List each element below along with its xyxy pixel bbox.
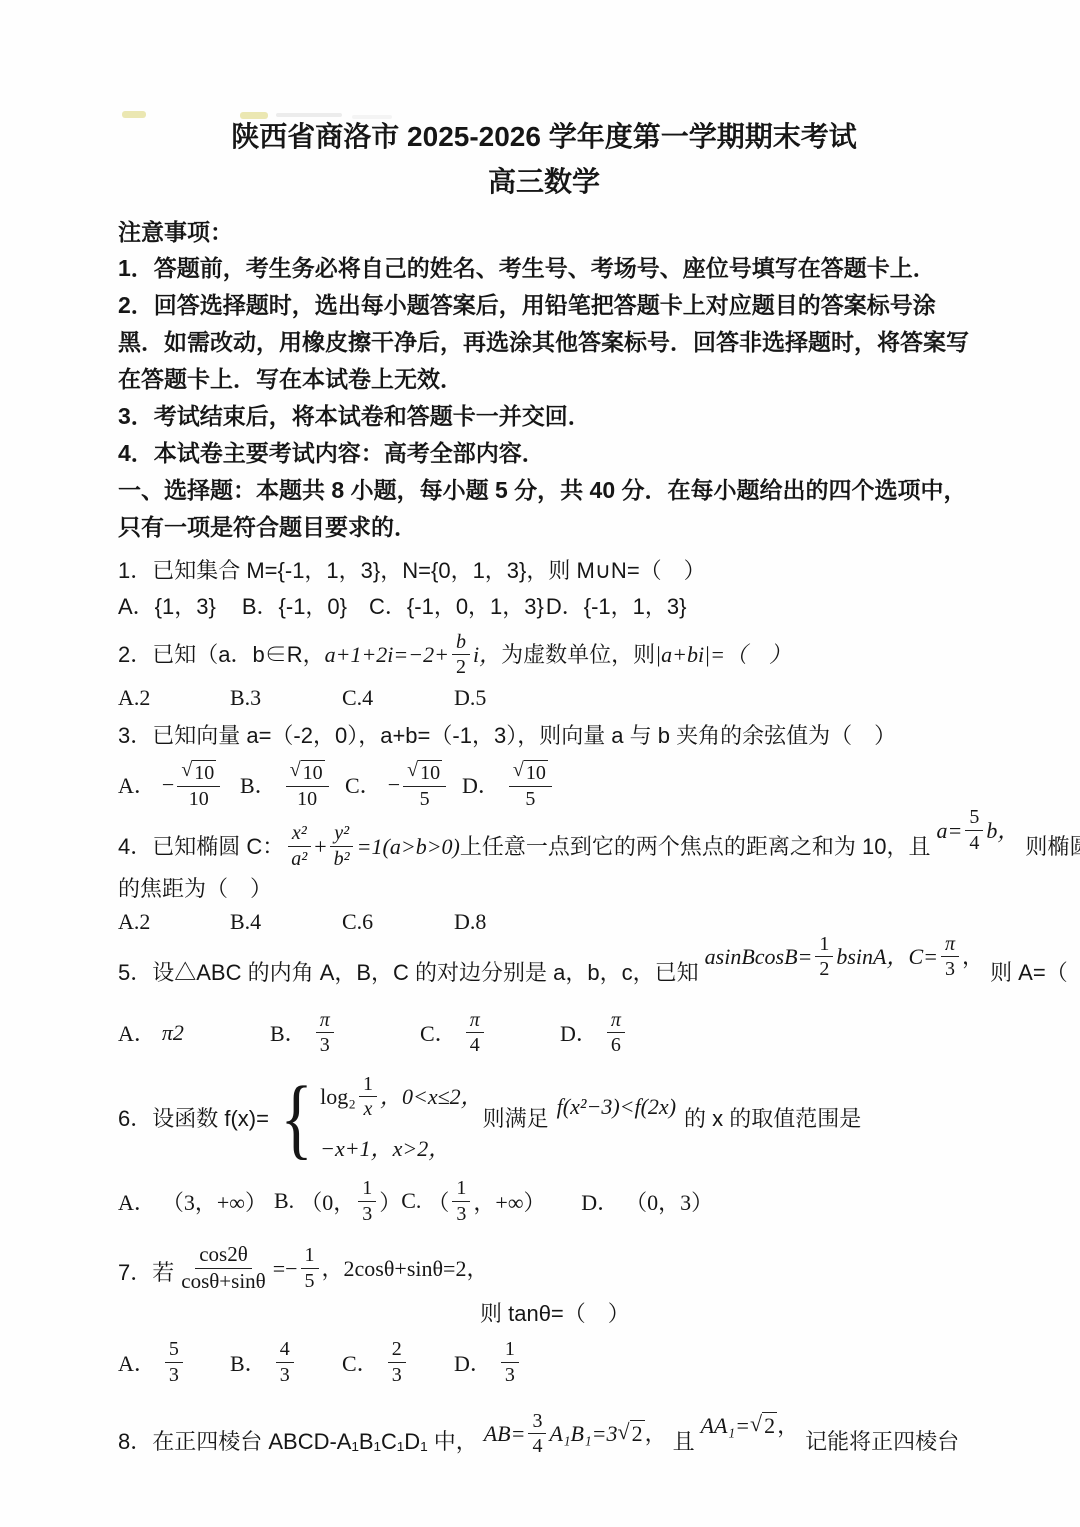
question-8-lateral-edge-formula: AA₁= √2 ， bbox=[701, 1409, 799, 1442]
question-6-text-tail: 的 x 的取值范围是 bbox=[684, 1102, 861, 1135]
question-3-options: A． − √10 10 B． √10 10 C． − √10 bbox=[118, 760, 970, 810]
question-4-option-d: D.8 bbox=[454, 909, 566, 935]
question-7-option-b: B． 43 bbox=[230, 1338, 342, 1386]
radical-icon: √ bbox=[407, 760, 418, 781]
question-4-text-tail: 则椭圆 C bbox=[1025, 830, 1080, 863]
scan-smudge-gray-1 bbox=[276, 113, 342, 117]
question-8-stem: 8．在正四棱台 ABCD-A₁B₁C₁D₁ 中， AB= 3 4 A₁B₁=3 … bbox=[118, 1410, 970, 1458]
fraction-pi-over-3: π 3 bbox=[941, 933, 959, 981]
question-1-option-b: B．{-1，0} bbox=[242, 590, 347, 621]
question-1-option-a: A．{1，3} bbox=[118, 590, 216, 621]
notice-item-2: 2．回答选择题时，选出每小题答案后，用铅笔把答题卡上对应题目的答案标号涂黑．如需… bbox=[118, 287, 970, 398]
piecewise-case-1: log₂ 1x ，0<x≤2， bbox=[320, 1073, 482, 1121]
question-5-text-tail: 则 A=（ ） bbox=[990, 956, 1080, 989]
question-3-option-d: D． √10 5 bbox=[462, 760, 555, 810]
question-3-option-c: C． − √10 5 bbox=[345, 760, 462, 810]
question-7-equation-2: ，2cosθ+sinθ=2， bbox=[322, 1252, 489, 1285]
fraction-y2-over-b2: y² b² bbox=[330, 822, 354, 870]
question-6-stem: 6．设函数 f(x)= { log₂ 1x ，0<x≤2， −x+1，x>2， … bbox=[118, 1073, 970, 1166]
question-7-equals: =− bbox=[273, 1252, 298, 1285]
scan-smudge-gray-2 bbox=[352, 115, 392, 119]
sqrt-fraction: √10 10 bbox=[177, 760, 220, 810]
fraction-1-over-3: 13 bbox=[452, 1177, 470, 1225]
question-8-text-tail: 记能将正四棱台 bbox=[805, 1425, 959, 1458]
fraction-5-over-4: 5 4 bbox=[965, 806, 983, 854]
radical-icon: √ bbox=[181, 760, 192, 781]
question-2-option-a: A.2 bbox=[118, 685, 230, 711]
question-1-option-c: C．{-1，0，1，3} bbox=[369, 590, 544, 621]
question-5-option-b: B． π3 bbox=[270, 1009, 420, 1057]
fraction-2-over-3: 23 bbox=[388, 1338, 406, 1386]
minus-sign: − bbox=[162, 772, 174, 798]
piecewise-cases: log₂ 1x ，0<x≤2， −x+1，x>2， bbox=[320, 1073, 482, 1166]
question-6-option-b: B. （0， 13 ） bbox=[274, 1177, 401, 1225]
fraction-cos2theta: cos2θ cosθ+sinθ bbox=[177, 1243, 269, 1293]
question-5-option-d: D． π6 bbox=[560, 1009, 628, 1057]
question-4-options: A.2 B.4 C.6 D.8 bbox=[118, 909, 970, 935]
notices-heading: 注意事项： bbox=[118, 214, 970, 250]
fraction-x2-over-a2: x² a² bbox=[287, 822, 311, 870]
notice-item-1: 1．答题前，考生务必将自己的姓名、考生号、考场号、座位号填写在答题卡上． bbox=[118, 250, 970, 287]
question-1-option-d: D．{-1，1，3} bbox=[546, 590, 687, 621]
sqrt-2: √2 bbox=[750, 1412, 777, 1439]
question-3-stem: 3．已知向量 a=（-2，0），a+b=（-1，3），则向量 a 与 b 夹角的… bbox=[118, 719, 970, 752]
question-6-inequality: f(x²−3)<f(2x) bbox=[557, 1090, 676, 1123]
question-7-option-a: A． 53 bbox=[118, 1338, 230, 1386]
fraction-3-over-4: 3 4 bbox=[528, 1410, 546, 1458]
question-7-option-d: D． 13 bbox=[454, 1338, 566, 1386]
question-8-edge-formula: AB= 3 4 A₁B₁=3 √2 ， bbox=[484, 1410, 667, 1458]
sqrt-fraction: √10 5 bbox=[403, 760, 446, 810]
question-4-option-b: B.4 bbox=[230, 909, 342, 935]
fraction-1-over-3: 13 bbox=[358, 1177, 376, 1225]
question-8-text-mid: 且 bbox=[673, 1425, 695, 1458]
question-7-text-pre: 7．若 bbox=[118, 1256, 174, 1289]
fraction-4-over-3: 43 bbox=[276, 1338, 294, 1386]
question-4-ellipse-condition: =1(a>b>0) bbox=[357, 830, 460, 863]
question-4-text-pre: 4．已知椭圆 C： bbox=[118, 830, 284, 863]
question-4-a-equals-formula: a= 5 4 b， bbox=[936, 806, 1019, 854]
exam-paper-page: 陕西省商洛市 2025-2026 学年度第一学期期末考试 高三数学 注意事项： … bbox=[0, 0, 1080, 1527]
fraction-pi-over-3: π3 bbox=[316, 1009, 334, 1057]
question-6-option-d: D． （0，3） bbox=[581, 1186, 713, 1217]
plus-sign: + bbox=[314, 830, 326, 863]
question-2-stem: 2．已知（a．b∈R， a+1+2i=−2+ b 2 i， 为虚数单位，则 |a… bbox=[118, 631, 970, 679]
scan-smudge-yellow-2 bbox=[240, 112, 268, 119]
fraction-5-over-3: 53 bbox=[165, 1338, 183, 1386]
question-6-text-mid: 则满足 bbox=[483, 1102, 549, 1135]
question-2-option-d: D.5 bbox=[454, 685, 566, 711]
question-8-text-pre: 8．在正四棱台 ABCD-A₁B₁C₁D₁ 中， bbox=[118, 1425, 478, 1458]
scan-smudge-yellow-1 bbox=[122, 111, 146, 118]
question-5-option-c: C． π4 bbox=[420, 1009, 560, 1057]
fraction-pi-over-4: π4 bbox=[466, 1009, 484, 1057]
question-5-given-formula: asinBcosB= 1 2 bsinA，C= π 3 ， bbox=[705, 933, 984, 981]
notice-item-3: 3．考试结束后，将本试卷和答题卡一并交回． bbox=[118, 398, 970, 435]
radical-icon: √ bbox=[513, 760, 524, 781]
exam-subtitle: 高三数学 bbox=[118, 164, 970, 200]
question-6-option-c: C. （ 13 ，+∞） bbox=[401, 1177, 581, 1225]
question-2-equation-left: a+1+2i=−2+ bbox=[325, 638, 449, 671]
radical-icon: √ bbox=[750, 1412, 762, 1435]
question-2-text-pre: 2．已知（a．b∈R， bbox=[118, 638, 325, 671]
question-6-options: A． （3，+∞） B. （0， 13 ） C. （ 13 ，+∞） D． （0… bbox=[118, 1177, 970, 1225]
sqrt-2: √2 bbox=[618, 1420, 645, 1447]
question-2-options: A.2 B.3 C.4 D.5 bbox=[118, 685, 970, 711]
page-content: 陕西省商洛市 2025-2026 学年度第一学期期末考试 高三数学 注意事项： … bbox=[0, 0, 1080, 1458]
question-3-option-b: B． √10 10 bbox=[240, 760, 345, 810]
piecewise-case-2: −x+1，x>2， bbox=[320, 1132, 482, 1165]
radical-icon: √ bbox=[618, 1420, 630, 1443]
question-6-text-pre: 6．设函数 f(x)= bbox=[118, 1102, 269, 1135]
radical-icon: √ bbox=[290, 760, 301, 781]
notice-item-4: 4．本试卷主要考试内容：高考全部内容． bbox=[118, 435, 970, 472]
question-7-stem-line2: 则 tanθ=（ ） bbox=[480, 1297, 970, 1330]
question-5-options: A． π2 B． π3 C． π4 D． π6 bbox=[118, 1009, 970, 1057]
question-2-option-b: B.3 bbox=[230, 685, 342, 711]
question-4-text-mid: 上任意一点到它的两个焦点的距离之和为 10，且 bbox=[460, 830, 931, 863]
fraction-1-over-5: 1 5 bbox=[301, 1244, 319, 1292]
piecewise-brace: { bbox=[280, 1076, 312, 1162]
question-2-text-mid: 为虚数单位，则 bbox=[501, 638, 655, 671]
question-5-text-pre: 5．设△ABC 的内角 A，B，C 的对边分别是 a，b，c，已知 bbox=[118, 956, 699, 989]
question-3-option-a: A． − √10 10 bbox=[118, 760, 240, 810]
question-7-stem: 7．若 cos2θ cosθ+sinθ =− 1 5 ，2cosθ+sinθ=2… bbox=[118, 1243, 970, 1293]
exam-title: 陕西省商洛市 2025-2026 学年度第一学期期末考试 bbox=[118, 118, 970, 156]
fraction-pi-over-6: π6 bbox=[607, 1009, 625, 1057]
question-2-equation-i: i， bbox=[473, 638, 501, 671]
question-4-stem: 4．已知椭圆 C： x² a² + y² b² =1(a>b>0) 上任意一点到… bbox=[118, 822, 970, 870]
sqrt-fraction: √10 10 bbox=[286, 760, 329, 810]
sqrt-fraction: √10 5 bbox=[509, 760, 552, 810]
fraction-b-over-2: b 2 bbox=[452, 631, 470, 679]
fraction-1-over-x: 1x bbox=[359, 1073, 377, 1121]
question-2-option-c: C.4 bbox=[342, 685, 454, 711]
question-7-options: A． 53 B． 43 C． 23 D． 13 bbox=[118, 1338, 970, 1386]
question-1-options: A．{1，3} B．{-1，0} C．{-1，0，1，3} D．{-1，1，3} bbox=[118, 590, 970, 621]
question-6-option-a: A． （3，+∞） bbox=[118, 1186, 274, 1217]
question-2-modulus: |a+bi|=（ ） bbox=[655, 638, 791, 671]
fraction-1-over-3: 13 bbox=[501, 1338, 519, 1386]
question-7-option-c: C． 23 bbox=[342, 1338, 454, 1386]
question-5-stem: 5．设△ABC 的内角 A，B，C 的对边分别是 a，b，c，已知 asinBc… bbox=[118, 949, 970, 997]
question-1-stem: 1．已知集合 M={-1，1，3}，N={0，1，3}，则 M∪N=（ ） bbox=[118, 554, 970, 587]
question-4-stem-line2: 的焦距为（ ） bbox=[118, 872, 970, 905]
question-4-option-a: A.2 bbox=[118, 909, 230, 935]
question-4-option-c: C.6 bbox=[342, 909, 454, 935]
section-1-heading: 一、选择题：本题共 8 小题，每小题 5 分，共 40 分．在每小题给出的四个选… bbox=[118, 472, 970, 546]
fraction-1-over-2: 1 2 bbox=[815, 933, 833, 981]
question-5-option-a: A． π2 bbox=[118, 1017, 270, 1048]
minus-sign: − bbox=[388, 772, 400, 798]
